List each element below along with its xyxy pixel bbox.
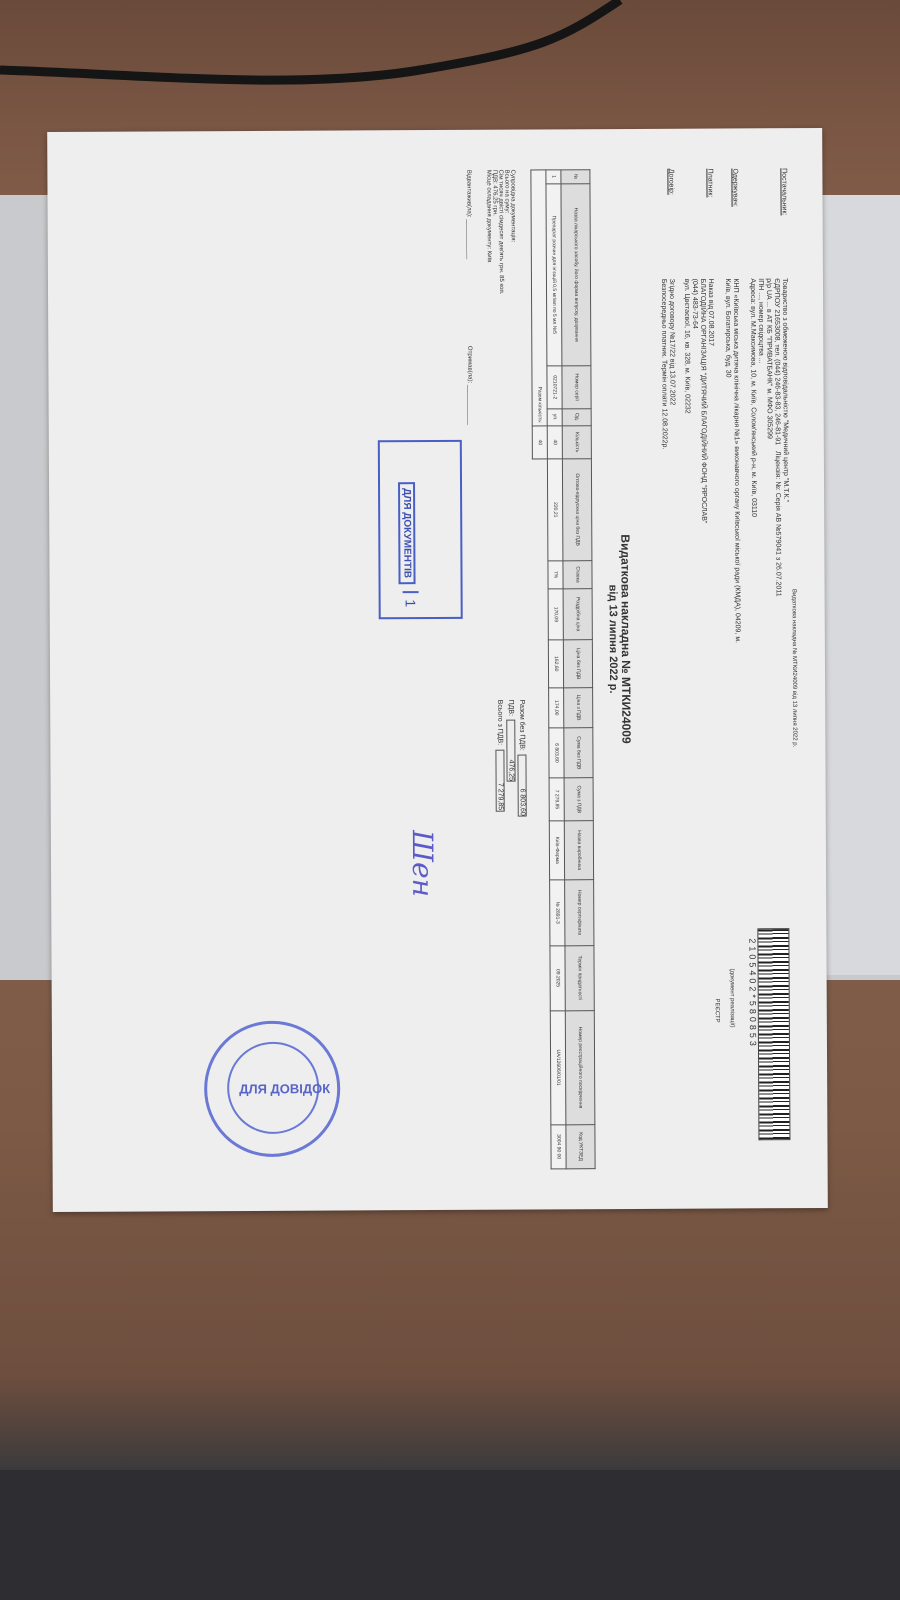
- supplier-line: ІПН ..., номер свідоцтва ...: [756, 278, 763, 363]
- table-cell: 170,09: [548, 589, 563, 640]
- table-cell: 7 279,85: [549, 778, 564, 821]
- table-cell: 40: [547, 426, 562, 459]
- released-label: Відвантажив(ла):: [465, 170, 471, 218]
- table-cell: Препарат розчин для ін'єкцій 0,5 мг/мл п…: [545, 183, 561, 366]
- seal-text: ДЛЯ ДОВІДОК: [229, 1081, 339, 1097]
- table-cell: 09.2025: [549, 945, 564, 1010]
- table-cell: 220,21: [547, 459, 563, 561]
- signature: Шен: [405, 830, 438, 897]
- total-without-vat: 6 803,60: [517, 755, 526, 817]
- footer: Супровідна документація: Всього на суму:…: [465, 170, 516, 425]
- vat-label: ПДВ:: [507, 700, 514, 716]
- recipient-line: КНП «Київська міська дитяча клінічна лік…: [731, 278, 740, 643]
- table-header: Сума з ПДВ: [564, 778, 593, 821]
- table-header: Ціна з ПДВ: [563, 687, 592, 728]
- contract-line: Безпосередньо платник. Термін оплати 12.…: [659, 279, 667, 450]
- total-with-vat-label: Всього з ПДВ:: [496, 700, 503, 746]
- payer-line: (044) 483-73-64: [690, 279, 697, 329]
- table-header: Номер серії: [561, 366, 590, 409]
- table-cell: 6 803,60: [548, 728, 563, 778]
- table-cell: 1: [545, 170, 560, 184]
- cable: [0, 0, 900, 110]
- totals: Разом без ПДВ:6 803,60 ПДВ:476,25 Всього…: [493, 700, 529, 817]
- total-without-vat-label: Разом без ПДВ:: [518, 700, 525, 751]
- table-cell: 3004 90 00: [550, 1124, 565, 1168]
- supplier-line: р/р UA ... в АТ КБ "ПРИВАТБАНК" м. МФО 3…: [764, 278, 772, 439]
- invoice-number: Видаткова накладна № МТКИ24009: [617, 439, 633, 839]
- stamp-number: 1: [402, 591, 418, 607]
- table-cell: уп.: [547, 409, 562, 426]
- background-dark-object: [0, 1470, 900, 1600]
- table-cell: 7%: [547, 561, 562, 589]
- contract-line: Згідно договору №17/22 від 13.07.2022: [667, 279, 675, 406]
- table-header: Од.: [562, 408, 591, 425]
- rectangular-stamp: ДЛЯ ДОКУМЕНТІВ 1: [377, 440, 462, 619]
- barcode-number: 2105402*580853: [747, 938, 758, 1049]
- license: Ліцензія: №: Серія АВ №579041 з 26.07.20…: [773, 451, 781, 597]
- payer-label: Платник:: [706, 169, 714, 279]
- supplier-label: Постачальник:: [780, 168, 788, 278]
- payer-line: БЛАГОДІЙНА ОРГАНІЗАЦІЯ "ДИТЯЧИЙ БЛАГОДІЙ…: [698, 279, 706, 524]
- supplier-line: Адреса: вул. М.Максимова, 10, м. Київ, С…: [748, 278, 756, 517]
- table-header: Назва виробника: [564, 821, 593, 880]
- recipient-line: Київ, вул. Богатирська, буд. 30: [723, 278, 731, 377]
- table-cell: UA/12606/01/01: [550, 1011, 566, 1125]
- table-cell: 174,00: [548, 688, 563, 728]
- table-cell: 0210721-2: [546, 366, 561, 409]
- round-seal: ДЛЯ ДОВІДОК: [203, 1021, 340, 1158]
- contract-label: Договір:: [667, 169, 675, 279]
- table-header: Код УКТЗЕД: [565, 1124, 594, 1169]
- table-header: Ставка: [562, 560, 591, 588]
- vat-value: 476,25: [506, 720, 515, 782]
- recipient-label: Одержувач:: [731, 168, 739, 278]
- footer-line: Місце складання документу: Київ: [485, 170, 492, 425]
- stamp-text: ДЛЯ ДОКУМЕНТІВ: [398, 482, 416, 584]
- table-header: Роздрібна ціна: [563, 588, 592, 640]
- table-header: Назва лікарського засобу, його форма вип…: [560, 183, 590, 366]
- invoice-title: Видаткова накладна № МТКИ24009 від 13 ли…: [605, 439, 633, 839]
- table-header: Номер сертифіката: [564, 880, 593, 946]
- table-header: Ціна без ПДВ: [563, 640, 592, 688]
- table-header: Номер реєстраційного посвідчення: [565, 1010, 595, 1124]
- table-header: Оптово-відпускна ціна без ПДВ: [562, 459, 592, 561]
- invoice-date: від 13 липня 2022 р.: [605, 439, 619, 839]
- table-cell: Київ-Фарма: [549, 821, 564, 880]
- payer-line: Наказ від 07.08.2017: [706, 279, 713, 347]
- table-header: Сума без ПДВ: [563, 728, 592, 778]
- barcode: [757, 928, 790, 1140]
- supplier-line: Товариство з обмеженою відповідальністю …: [780, 278, 788, 502]
- received-label: Отримав(ла):: [466, 346, 472, 383]
- payer-line: вул. Цвєтаєвої, 16, кв. 328, м. Київ, 02…: [682, 279, 690, 414]
- invoice-table: №Назва лікарського засобу, його форма ви…: [530, 169, 595, 1169]
- table-cell: № 2891-3: [549, 880, 564, 946]
- supplier-line: ЄДРПОУ 21653008, тел. (044) 246-83-83, 2…: [772, 278, 780, 445]
- registry-title: РЕЄСТР: [713, 999, 719, 1023]
- table-header: №: [560, 170, 589, 184]
- total-with-vat: 7 279,85: [495, 749, 504, 811]
- invoice-content: Видаткова накладна № МТКИ24009 від 13 ли…: [55, 138, 821, 1202]
- table-cell: 162,60: [548, 640, 563, 688]
- invoice-paper: Видаткова накладна № МТКИ24009 від 13 ли…: [47, 128, 828, 1212]
- table-header: Кількість: [562, 426, 591, 459]
- registry-label: (документ реалізації): [728, 968, 734, 1027]
- table-header: Термін придатності: [564, 945, 593, 1010]
